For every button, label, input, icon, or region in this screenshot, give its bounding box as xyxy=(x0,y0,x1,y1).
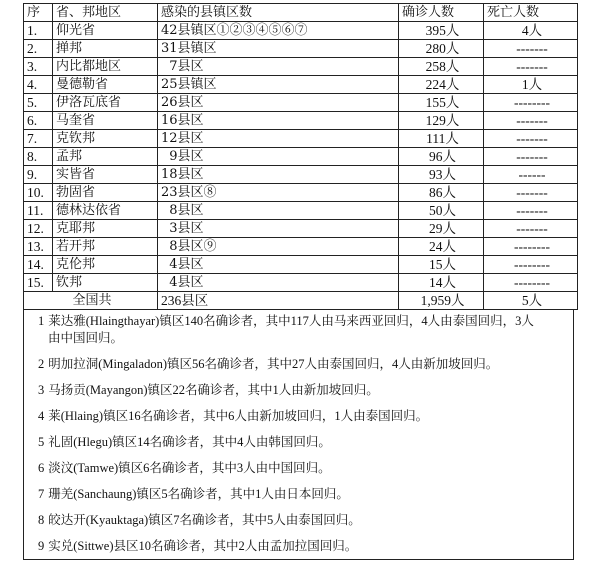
confirmed-cases: 258人 xyxy=(399,58,484,76)
covid-region-table-document: 序 省、邦地区 感染的县镇区数 确诊人数 死亡人数 1.仰光省42县镇区①②③④… xyxy=(23,3,577,560)
footnote-number: 8 xyxy=(38,513,44,527)
header-deaths: 死亡人数 xyxy=(484,4,578,22)
row-number: 9. xyxy=(24,166,53,184)
deaths: ------- xyxy=(484,130,578,148)
table-row: 6.马奎省16县区129人------- xyxy=(24,112,578,130)
deaths: -------- xyxy=(484,274,578,292)
region-name: 曼德勒省 xyxy=(53,76,158,94)
footnote-text: 明加拉洞(Mingaladon)镇区56名确诊者，其中27人由泰国回归，4人由新… xyxy=(48,357,498,371)
footnote: 4莱(Hlaing)镇区16名确诊者，其中6人由新加坡回归，1人由泰国回归。 xyxy=(38,408,563,425)
footnote: 5礼固(Hlegu)镇区14名确诊者，其中4人由韩国回归。 xyxy=(38,434,563,451)
confirmed-cases: 29人 xyxy=(399,220,484,238)
footnote-text: 莱达雅(Hlaingthayar)镇区140名确诊者，其中117人由马来西亚回归… xyxy=(48,314,534,328)
footnotes-box: 1莱达雅(Hlaingthayar)镇区140名确诊者，其中117人由马来西亚回… xyxy=(23,310,574,560)
deaths: ------ xyxy=(484,166,578,184)
table-row: 4.曼德勒省25县镇区224人1人 xyxy=(24,76,578,94)
row-number: 6. xyxy=(24,112,53,130)
infected-districts: 18县区 xyxy=(158,166,399,184)
footnote: 9实兑(Sittwe)县区10名确诊者，其中2人由孟加拉国回归。 xyxy=(38,538,563,555)
cases-by-region-table: 序 省、邦地区 感染的县镇区数 确诊人数 死亡人数 1.仰光省42县镇区①②③④… xyxy=(23,3,578,310)
footnote-number: 4 xyxy=(38,409,44,423)
footnote: 1莱达雅(Hlaingthayar)镇区140名确诊者，其中117人由马来西亚回… xyxy=(38,313,563,347)
confirmed-cases: 155人 xyxy=(399,94,484,112)
table-row: 15.钦邦 4县区14人-------- xyxy=(24,274,578,292)
row-number: 3. xyxy=(24,58,53,76)
deaths: ------- xyxy=(484,112,578,130)
footnote-text: 皎达开(Kyauktaga)镇区7名确诊者，其中5人由泰国回归。 xyxy=(48,513,360,527)
row-number: 14. xyxy=(24,256,53,274)
row-number: 15. xyxy=(24,274,53,292)
deaths: 4人 xyxy=(484,22,578,40)
footnote-text: 礼固(Hlegu)镇区14名确诊者，其中4人由韩国回归。 xyxy=(48,435,331,449)
header-districts: 感染的县镇区数 xyxy=(158,4,399,22)
infected-districts: 4县区 xyxy=(158,274,399,292)
region-name: 实皆省 xyxy=(53,166,158,184)
table-row: 12.克耶邦 3县区29人------- xyxy=(24,220,578,238)
region-name: 仰光省 xyxy=(53,22,158,40)
footnote: 8皎达开(Kyauktaga)镇区7名确诊者，其中5人由泰国回归。 xyxy=(38,512,563,529)
header-no: 序 xyxy=(24,4,53,22)
confirmed-cases: 96人 xyxy=(399,148,484,166)
region-name: 克伦邦 xyxy=(53,256,158,274)
footnote-text: 莱(Hlaing)镇区16名确诊者，其中6人由新加坡回归，1人由泰国回归。 xyxy=(48,409,428,423)
deaths: -------- xyxy=(484,94,578,112)
confirmed-cases: 129人 xyxy=(399,112,484,130)
row-number: 4. xyxy=(24,76,53,94)
region-name: 德林达依省 xyxy=(53,202,158,220)
deaths: -------- xyxy=(484,256,578,274)
footnote-text: 马扬贡(Mayangon)镇区22名确诊者，其中1人由新加坡回归。 xyxy=(48,383,379,397)
footnote-number: 5 xyxy=(38,435,44,449)
confirmed-cases: 224人 xyxy=(399,76,484,94)
deaths: ------- xyxy=(484,220,578,238)
total-cases: 1,959人 xyxy=(399,292,484,310)
footnote-number: 9 xyxy=(38,539,44,553)
infected-districts: 23县区⑧ xyxy=(158,184,399,202)
confirmed-cases: 14人 xyxy=(399,274,484,292)
footnote-text: 淡汶(Tamwe)镇区6名确诊者，其中3人由中国回归。 xyxy=(48,461,330,475)
footnote-number: 2 xyxy=(38,357,44,371)
region-name: 钦邦 xyxy=(53,274,158,292)
row-number: 13. xyxy=(24,238,53,256)
table-row: 11.德林达依省 8县区50人------- xyxy=(24,202,578,220)
footnote-text: 实兑(Sittwe)县区10名确诊者，其中2人由孟加拉国回归。 xyxy=(48,539,357,553)
confirmed-cases: 86人 xyxy=(399,184,484,202)
row-number: 1. xyxy=(24,22,53,40)
row-number: 5. xyxy=(24,94,53,112)
table-row: 1.仰光省42县镇区①②③④⑤⑥⑦395人4人 xyxy=(24,22,578,40)
row-number: 12. xyxy=(24,220,53,238)
footnote: 6淡汶(Tamwe)镇区6名确诊者，其中3人由中国回归。 xyxy=(38,460,563,477)
footnote-number: 6 xyxy=(38,461,44,475)
infected-districts: 3县区 xyxy=(158,220,399,238)
confirmed-cases: 50人 xyxy=(399,202,484,220)
table-row: 5.伊洛瓦底省26县区155人-------- xyxy=(24,94,578,112)
confirmed-cases: 24人 xyxy=(399,238,484,256)
table-row: 2.掸邦31县镇区280人------- xyxy=(24,40,578,58)
footnote-continuation: 由中国回归。 xyxy=(38,330,563,347)
row-number: 7. xyxy=(24,130,53,148)
confirmed-cases: 111人 xyxy=(399,130,484,148)
footnote: 2明加拉洞(Mingaladon)镇区56名确诊者，其中27人由泰国回归，4人由… xyxy=(38,356,563,373)
row-number: 10. xyxy=(24,184,53,202)
table-row: 14.克伦邦 4县区15人-------- xyxy=(24,256,578,274)
footnote: 7珊羌(Sanchaung)镇区5名确诊者，其中1人由日本回归。 xyxy=(38,486,563,503)
table-row: 9.实皆省18县区93人------ xyxy=(24,166,578,184)
footnote-number: 7 xyxy=(38,487,44,501)
infected-districts: 4县区 xyxy=(158,256,399,274)
infected-districts: 16县区 xyxy=(158,112,399,130)
region-name: 掸邦 xyxy=(53,40,158,58)
total-deaths: 5人 xyxy=(484,292,578,310)
infected-districts: 42县镇区①②③④⑤⑥⑦ xyxy=(158,22,399,40)
table-row: 8.孟邦 9县区96人------- xyxy=(24,148,578,166)
footnote-number: 3 xyxy=(38,383,44,397)
infected-districts: 9县区 xyxy=(158,148,399,166)
infected-districts: 25县镇区 xyxy=(158,76,399,94)
infected-districts: 8县区⑨ xyxy=(158,238,399,256)
table-row: 7.克钦邦12县区111人------- xyxy=(24,130,578,148)
infected-districts: 31县镇区 xyxy=(158,40,399,58)
row-number: 8. xyxy=(24,148,53,166)
deaths: ------- xyxy=(484,202,578,220)
region-name: 孟邦 xyxy=(53,148,158,166)
header-cases: 确诊人数 xyxy=(399,4,484,22)
confirmed-cases: 15人 xyxy=(399,256,484,274)
region-name: 克钦邦 xyxy=(53,130,158,148)
deaths: ------- xyxy=(484,184,578,202)
confirmed-cases: 395人 xyxy=(399,22,484,40)
region-name: 勃固省 xyxy=(53,184,158,202)
footnote-text: 珊羌(Sanchaung)镇区5名确诊者，其中1人由日本回归。 xyxy=(48,487,349,501)
region-name: 若开邦 xyxy=(53,238,158,256)
infected-districts: 26县区 xyxy=(158,94,399,112)
footnote: 3马扬贡(Mayangon)镇区22名确诊者，其中1人由新加坡回归。 xyxy=(38,382,563,399)
table-row: 3.内比都地区 7县区258人------- xyxy=(24,58,578,76)
region-name: 克耶邦 xyxy=(53,220,158,238)
deaths: ------- xyxy=(484,58,578,76)
table-row: 10.勃固省23县区⑧86人------- xyxy=(24,184,578,202)
infected-districts: 7县区 xyxy=(158,58,399,76)
deaths: 1人 xyxy=(484,76,578,94)
total-label: 全国共 xyxy=(24,292,158,310)
table-total-row: 全国共236县区1,959人5人 xyxy=(24,292,578,310)
deaths: ------- xyxy=(484,148,578,166)
confirmed-cases: 93人 xyxy=(399,166,484,184)
infected-districts: 8县区 xyxy=(158,202,399,220)
infected-districts: 12县区 xyxy=(158,130,399,148)
footnote-number: 1 xyxy=(38,314,44,328)
table-row: 13.若开邦 8县区⑨24人-------- xyxy=(24,238,578,256)
table-header-row: 序 省、邦地区 感染的县镇区数 确诊人数 死亡人数 xyxy=(24,4,578,22)
deaths: -------- xyxy=(484,238,578,256)
region-name: 马奎省 xyxy=(53,112,158,130)
region-name: 内比都地区 xyxy=(53,58,158,76)
row-number: 11. xyxy=(24,202,53,220)
row-number: 2. xyxy=(24,40,53,58)
confirmed-cases: 280人 xyxy=(399,40,484,58)
region-name: 伊洛瓦底省 xyxy=(53,94,158,112)
header-region: 省、邦地区 xyxy=(53,4,158,22)
deaths: ------- xyxy=(484,40,578,58)
total-districts: 236县区 xyxy=(158,292,399,310)
